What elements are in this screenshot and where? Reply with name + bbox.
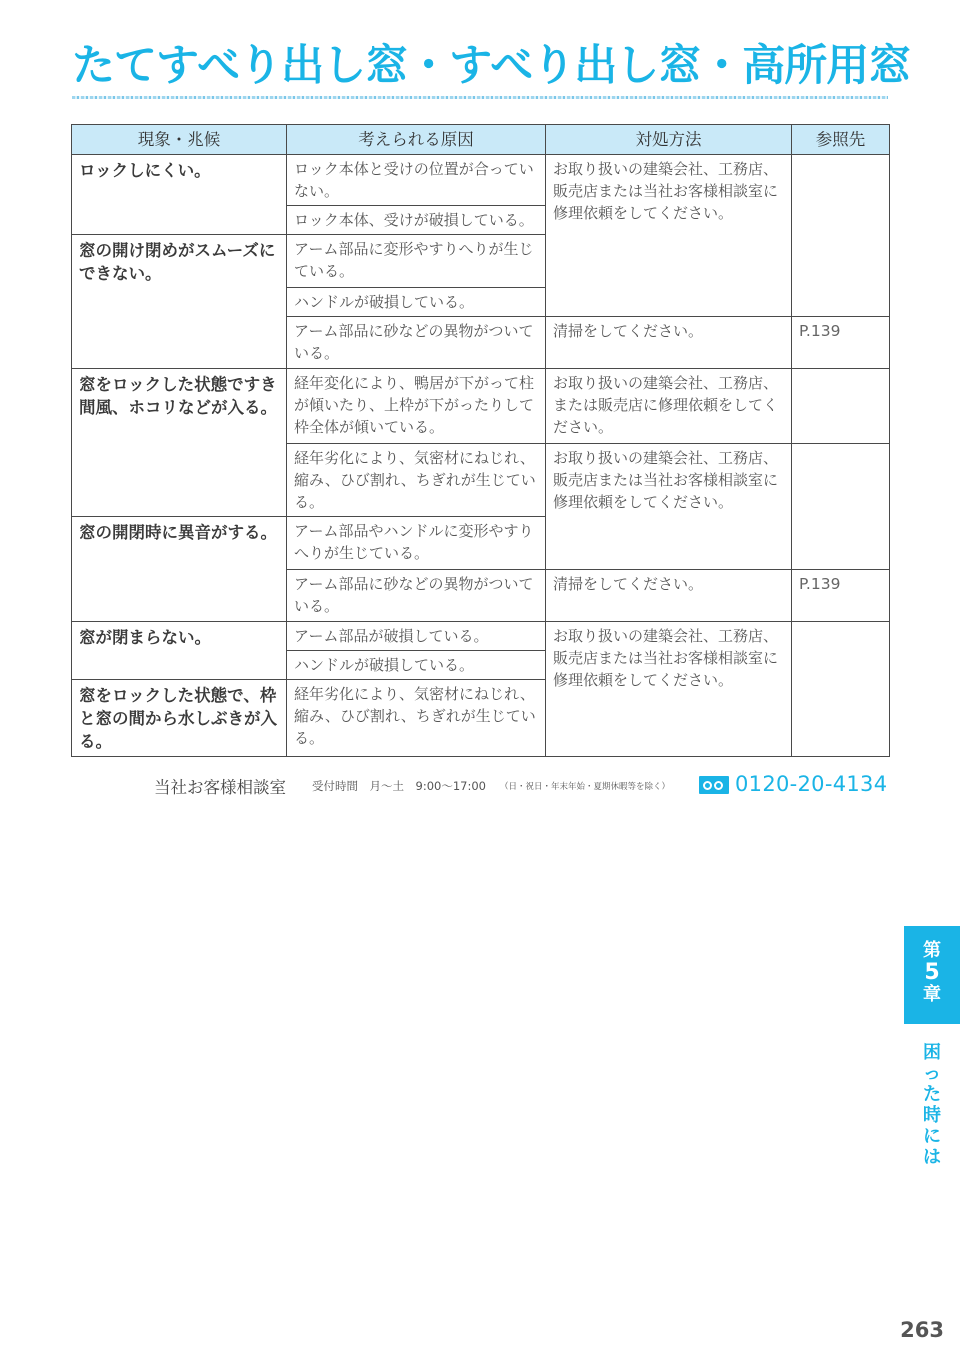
- section-label-char: に: [904, 1126, 960, 1147]
- cause-cell: 経年劣化により、気密材にねじれ、縮み、ひび割れ、ちぎれが生じている。: [287, 680, 546, 757]
- support-phone-number[interactable]: 0120-20-4134: [735, 772, 887, 796]
- reference-cell: [792, 369, 890, 444]
- cause-cell: ハンドルが破損している。: [287, 651, 546, 680]
- cause-cell: 経年変化により、鴨居が下がって柱が傾いたり、上枠が下がったりして枠全体が傾いてい…: [287, 369, 546, 444]
- customer-support-contact: 当社お客様相談室 受付時間 月〜土 9:00〜17:00 （日・祝日・年末年始・…: [154, 772, 890, 800]
- cause-cell: アーム部品に変形やすりへりが生じている。: [287, 235, 546, 288]
- support-name: 当社お客様相談室: [154, 774, 286, 798]
- cause-cell: ハンドルが破損している。: [287, 288, 546, 317]
- symptom-cell: 窓が閉まらない。: [72, 622, 287, 680]
- header-symptom: 現象・兆候: [72, 125, 287, 155]
- reference-cell: P.139: [792, 317, 890, 369]
- symptom-cell: 窓をロックした状態ですき間風、ホコリなどが入る。: [72, 369, 287, 517]
- fix-cell: お取り扱いの建築会社、工務店、販売店または当社お客様相談室に修理依頼をしてくださ…: [546, 155, 792, 317]
- table-row: ロックしにくい。 ロック本体と受けの位置が合っていない。 お取り扱いの建築会社、…: [72, 155, 890, 206]
- section-label-char: は: [904, 1147, 960, 1168]
- section-label-char: た: [904, 1084, 960, 1105]
- chapter-number: 5: [904, 962, 960, 984]
- reference-cell: [792, 155, 890, 317]
- chapter-tab: 第 5 章: [904, 926, 960, 1024]
- symptom-cell: ロックしにくい。: [72, 155, 287, 235]
- chapter-prefix: 第: [904, 940, 960, 962]
- table-row: 窓が閉まらない。 アーム部品が破損している。 お取り扱いの建築会社、工務店、販売…: [72, 622, 890, 651]
- header-cause: 考えられる原因: [287, 125, 546, 155]
- fix-cell: お取り扱いの建築会社、工務店、販売店または当社お客様相談室に修理依頼をしてくださ…: [546, 444, 792, 570]
- symptom-cell: 窓の開け閉めがスムーズにできない。: [72, 235, 287, 369]
- fix-cell: 清掃をしてください。: [546, 570, 792, 622]
- reference-cell: [792, 622, 890, 757]
- cause-cell: アーム部品やハンドルに変形やすりへりが生じている。: [287, 517, 546, 570]
- reference-cell: P.139: [792, 570, 890, 622]
- free-dial-icon: [699, 776, 729, 794]
- section-label-char: 困: [904, 1042, 960, 1063]
- fix-cell: 清掃をしてください。: [546, 317, 792, 369]
- reference-cell: [792, 444, 890, 570]
- table-row: 窓をロックした状態ですき間風、ホコリなどが入る。 経年変化により、鴨居が下がって…: [72, 369, 890, 444]
- symptom-cell: 窓の開閉時に異音がする。: [72, 517, 287, 622]
- page-title: たてすべり出し窓・すべり出し窓・高所用窓: [72, 38, 892, 94]
- fix-cell: お取り扱いの建築会社、工務店、または販売店に修理依頼をしてください。: [546, 369, 792, 444]
- title-underline: [72, 96, 888, 99]
- cause-cell: アーム部品に砂などの異物がついている。: [287, 317, 546, 369]
- header-reference: 参照先: [792, 125, 890, 155]
- section-label-char: 時: [904, 1105, 960, 1126]
- support-hours-note: （日・祝日・年末年始・夏期休暇等を除く）: [500, 780, 670, 792]
- support-hours: 受付時間 月〜土 9:00〜17:00: [312, 778, 486, 794]
- cause-cell: ロック本体、受けが破損している。: [287, 206, 546, 235]
- page-number: 263: [900, 1318, 944, 1342]
- chapter-suffix: 章: [904, 984, 960, 1006]
- cause-cell: ロック本体と受けの位置が合っていない。: [287, 155, 546, 206]
- cause-cell: アーム部品に砂などの異物がついている。: [287, 570, 546, 622]
- cause-cell: 経年劣化により、気密材にねじれ、縮み、ひび割れ、ちぎれが生じている。: [287, 444, 546, 517]
- section-label-char: っ: [904, 1063, 960, 1084]
- fix-cell: お取り扱いの建築会社、工務店、販売店または当社お客様相談室に修理依頼をしてくださ…: [546, 622, 792, 757]
- header-fix: 対処方法: [546, 125, 792, 155]
- section-label: 困 っ た 時 に は: [904, 1042, 960, 1168]
- symptom-cell: 窓をロックした状態で、枠と窓の間から水しぶきが入る。: [72, 680, 287, 757]
- table-header-row: 現象・兆候 考えられる原因 対処方法 参照先: [72, 125, 890, 155]
- troubleshooting-table: 現象・兆候 考えられる原因 対処方法 参照先 ロックしにくい。 ロック本体と受け…: [71, 124, 890, 757]
- cause-cell: アーム部品が破損している。: [287, 622, 546, 651]
